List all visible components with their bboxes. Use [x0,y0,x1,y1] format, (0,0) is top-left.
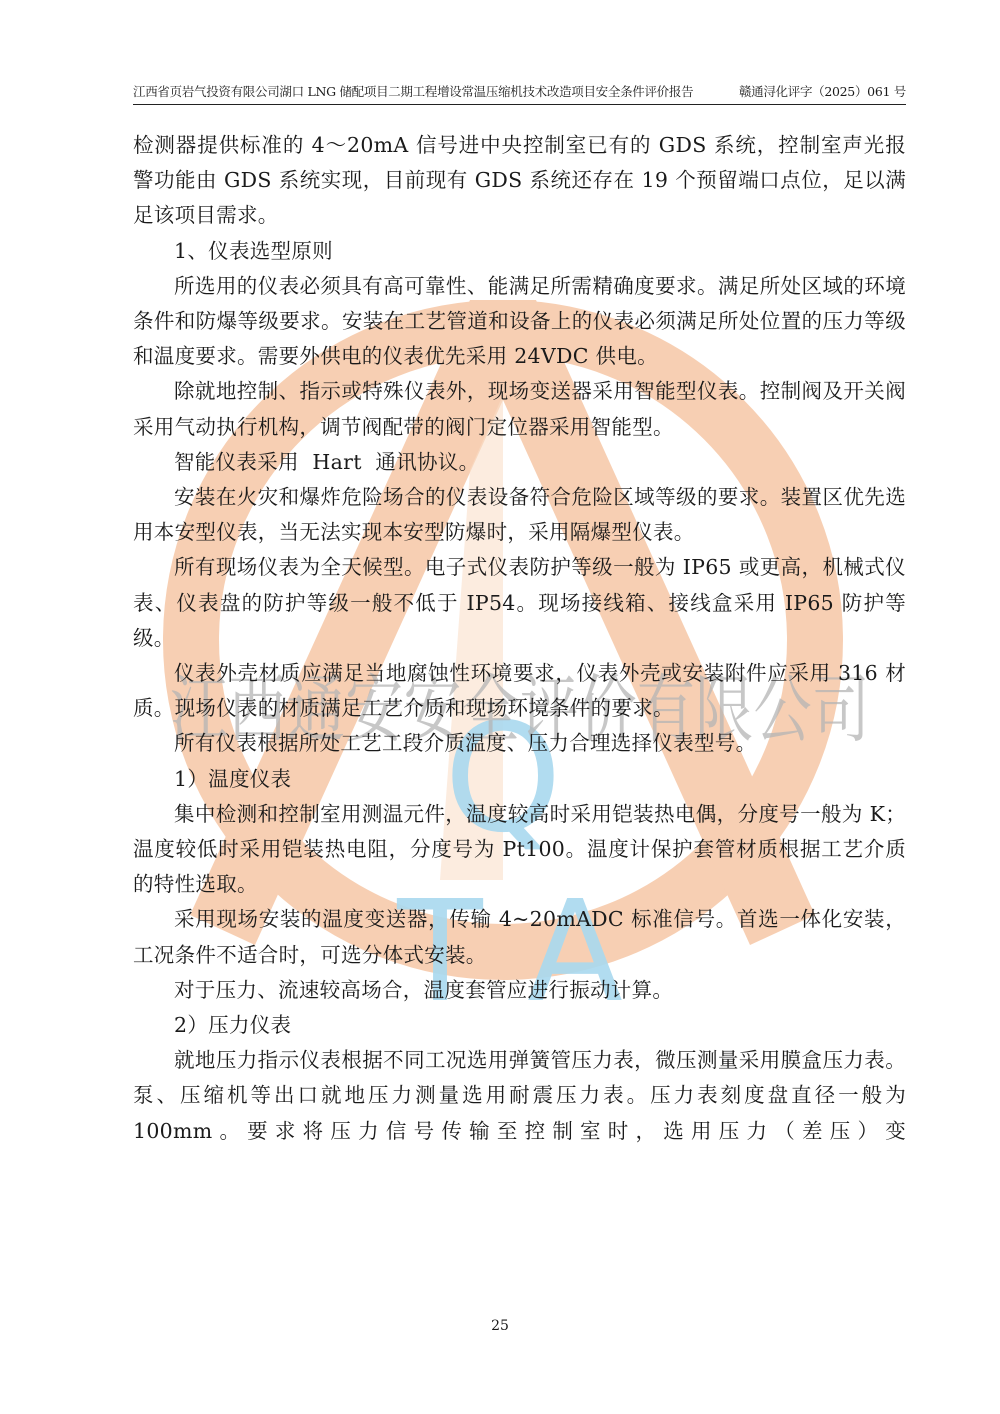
paragraph: 就地压力指示仪表根据不同工况选用弹簧管压力表，微压测量采用膜盒压力表。泵、压缩机… [133,1043,906,1149]
report-title: 江西省页岩气投资有限公司湖口 LNG 储配项目二期工程增设常温压缩机技术改造项目… [133,82,693,104]
paragraph: 智能仪表采用 Hart 通讯协议。 [133,445,906,480]
page-number: 25 [0,1318,1000,1334]
document-page: 江西省页岩气投资有限公司湖口 LNG 储配项目二期工程增设常温压缩机技术改造项目… [0,0,1000,1414]
section-heading: 1、仪表选型原则 [133,234,906,269]
paragraph: 集中检测和控制室用测温元件，温度较高时采用铠装热电偶，分度号一般为 K；温度较低… [133,797,906,903]
paragraph: 所选用的仪表必须具有高可靠性、能满足所需精确度要求。满足所处区域的环境条件和防爆… [133,269,906,375]
paragraph: 所有现场仪表为全天候型。电子式仪表防护等级一般为 IP65 或更高，机械式仪表、… [133,550,906,656]
paragraph: 检测器提供标准的 4～20mA 信号进中央控制室已有的 GDS 系统，控制室声光… [133,128,906,234]
paragraph: 仪表外壳材质应满足当地腐蚀性环境要求，仪表外壳或安装附件应采用 316 材质。现… [133,656,906,726]
page-header: 江西省页岩气投资有限公司湖口 LNG 储配项目二期工程增设常温压缩机技术改造项目… [133,82,906,105]
paragraph: 除就地控制、指示或特殊仪表外，现场变送器采用智能型仪表。控制阀及开关阀采用气动执… [133,374,906,444]
paragraph: 所有仪表根据所处工艺工段介质温度、压力合理选择仪表型号。 [133,726,906,761]
paragraph: 安装在火灾和爆炸危险场合的仪表设备符合危险区域等级的要求。装置区优先选用本安型仪… [133,480,906,550]
paragraph: 对于压力、流速较高场合，温度套管应进行振动计算。 [133,973,906,1008]
subsection-heading: 2）压力仪表 [133,1008,906,1043]
subsection-heading: 1）温度仪表 [133,762,906,797]
paragraph: 采用现场安装的温度变送器，传输 4~20mADC 标准信号。首选一体化安装，工况… [133,902,906,972]
document-number: 赣通浔化评字（2025）061 号 [739,82,906,104]
body-content: 检测器提供标准的 4～20mA 信号进中央控制室已有的 GDS 系统，控制室声光… [133,128,906,1149]
